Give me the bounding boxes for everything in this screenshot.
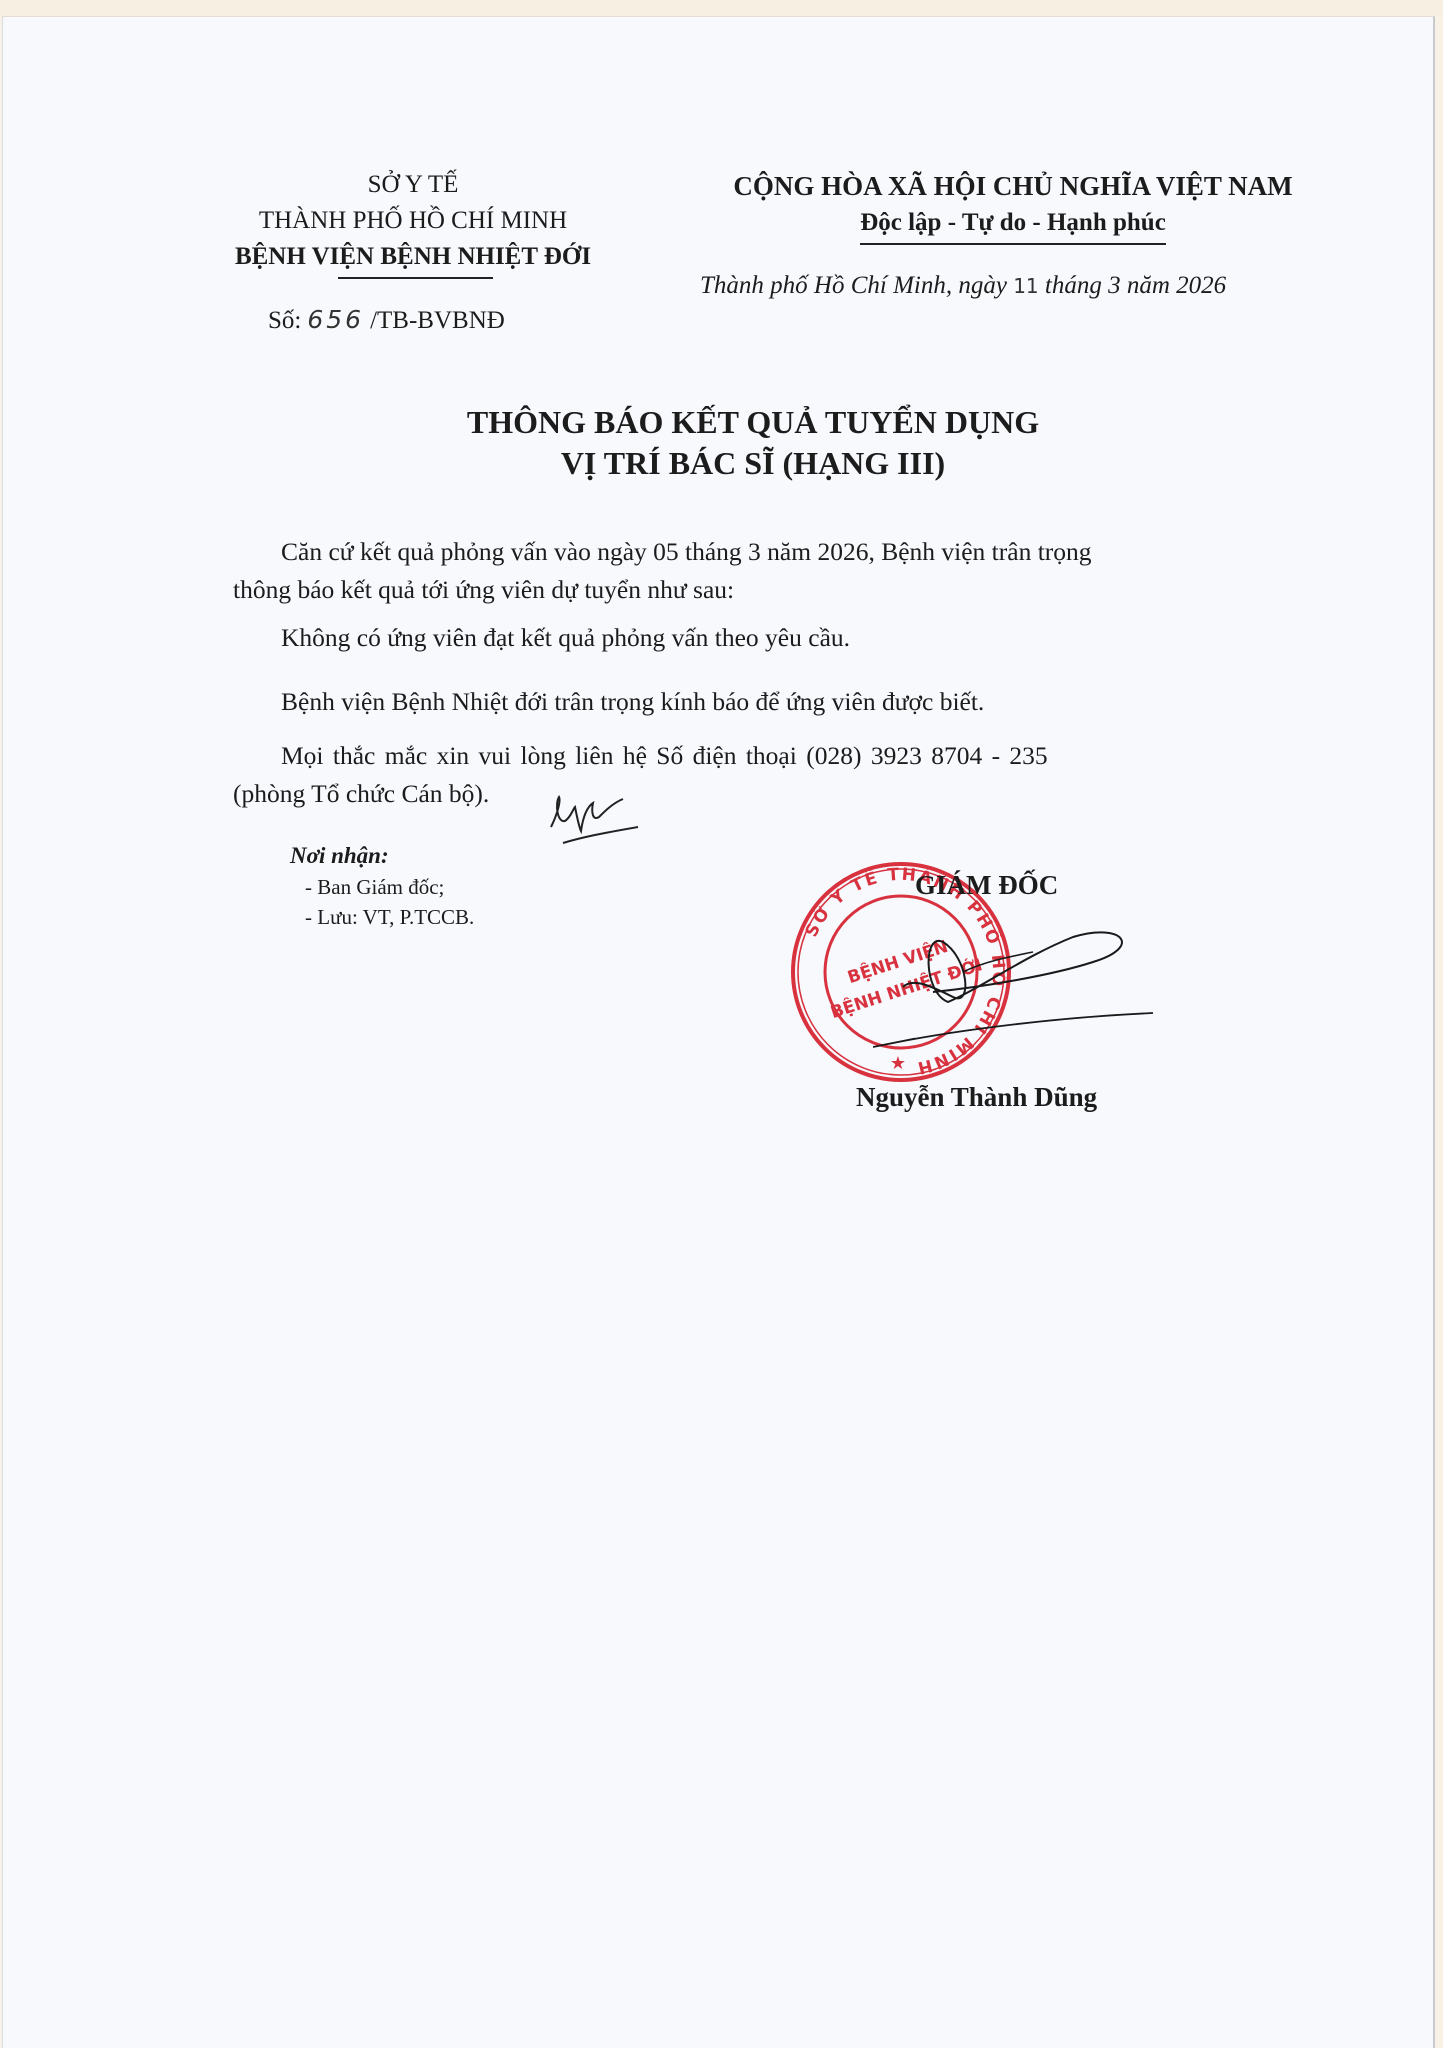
agency-underline — [338, 277, 493, 279]
date-prefix: Thành phố Hồ Chí Minh, ngày — [700, 272, 1007, 299]
paragraph-1-line-2: thông báo kết quả tới ứng viên dự tuyển … — [233, 575, 734, 605]
document-page: SỞ Y TẾ THÀNH PHỐ HỒ CHÍ MINH BỆNH VIỆN … — [2, 16, 1435, 2048]
paragraph-1-line-1: Căn cứ kết quả phỏng vấn vào ngày 05 thá… — [281, 537, 1092, 567]
paragraph-contact-line-1: Mọi thắc mắc xin vui lòng liên hệ Số điệ… — [281, 741, 1048, 771]
issuing-agency-header: SỞ Y TẾ THÀNH PHỐ HỒ CHÍ MINH BỆNH VIỆN … — [183, 167, 643, 275]
paragraph-contact-line-2: (phòng Tổ chức Cán bộ). — [233, 779, 489, 809]
agency-city: THÀNH PHỐ HỒ CHÍ MINH — [183, 203, 643, 239]
signatory-name: Nguyễn Thành Dũng — [856, 1082, 1097, 1113]
initials-signature — [543, 787, 653, 847]
date-day-handwritten: 11 — [1013, 274, 1038, 298]
national-header: CỘNG HÒA XÃ HỘI CHỦ NGHĨA VIỆT NAM Độc l… — [693, 167, 1333, 245]
document-title: THÔNG BÁO KẾT QUẢ TUYỂN DỤNG VỊ TRÍ BÁC … — [293, 402, 1213, 484]
paragraph-notice: Bệnh viện Bệnh Nhiệt đới trân trọng kính… — [281, 687, 984, 717]
scan-edge-strip — [0, 0, 1443, 16]
title-line-1: THÔNG BÁO KẾT QUẢ TUYỂN DỤNG — [293, 402, 1213, 443]
date-line: Thành phố Hồ Chí Minh, ngày 11 tháng 3 n… — [700, 272, 1226, 300]
agency-parent: SỞ Y TẾ — [183, 167, 643, 203]
recipient-item: - Ban Giám đốc; — [305, 875, 444, 900]
paragraph-result: Không có ứng viên đạt kết quả phỏng vấn … — [281, 623, 850, 653]
document-number: Số:656/TB-BVBNĐ — [268, 305, 505, 335]
director-signature — [873, 917, 1163, 1057]
doc-number-handwritten: 656 — [307, 305, 364, 334]
national-motto: Độc lập - Tự do - Hạnh phúc — [860, 205, 1166, 245]
doc-number-code: /TB-BVBNĐ — [370, 307, 505, 334]
date-suffix: tháng 3 năm 2026 — [1045, 272, 1226, 299]
signatory-title: GIÁM ĐỐC — [915, 870, 1058, 901]
recipients-label: Nơi nhận: — [290, 843, 389, 869]
doc-number-label: Số: — [268, 307, 301, 334]
agency-name: BỆNH VIỆN BỆNH NHIỆT ĐỚI — [183, 239, 643, 275]
recipient-item: - Lưu: VT, P.TCCB. — [305, 905, 474, 930]
country-name: CỘNG HÒA XÃ HỘI CHỦ NGHĨA VIỆT NAM — [693, 167, 1333, 205]
title-line-2: VỊ TRÍ BÁC SĨ (HẠNG III) — [293, 443, 1213, 484]
